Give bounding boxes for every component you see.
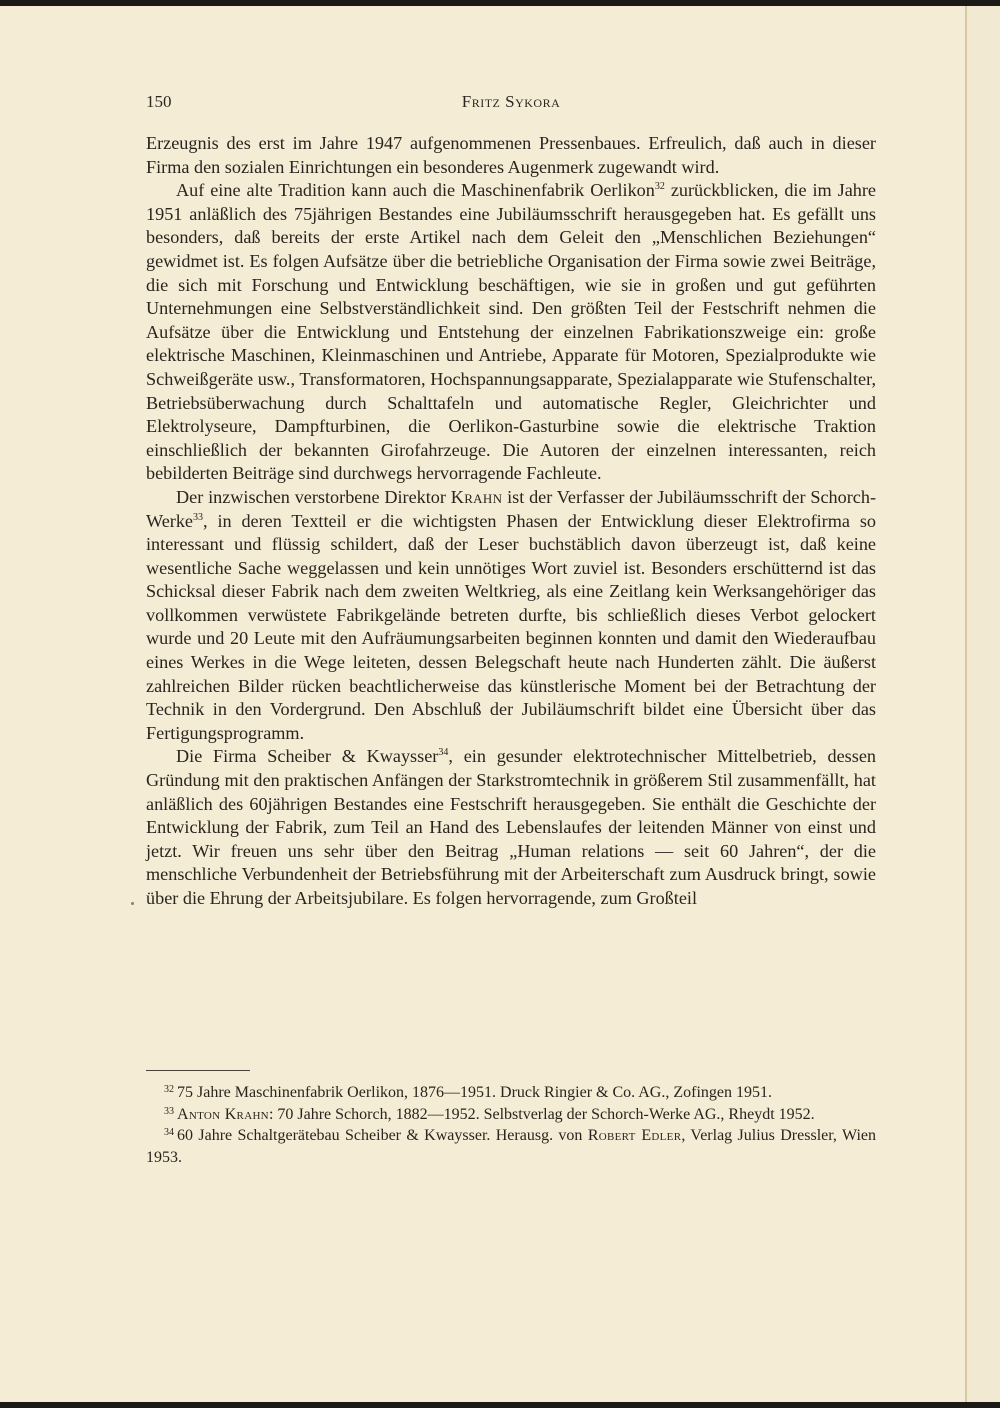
footnote: 3275 Jahre Maschinenfabrik Oerlikon, 187…: [146, 1082, 876, 1104]
footnotes: 3275 Jahre Maschinenfabrik Oerlikon, 187…: [146, 1082, 876, 1168]
next-page-edge: [967, 6, 1000, 1402]
text-run: Auf eine alte Tradition kann auch die Ma…: [176, 180, 655, 200]
footnote: 3460 Jahre Schaltgerätebau Scheiber & Kw…: [146, 1125, 876, 1168]
footnote: 33Anton Krahn: 70 Jahre Schorch, 1882—19…: [146, 1104, 876, 1126]
page-gutter-line: [965, 6, 967, 1402]
footnote-number: 33: [164, 1106, 174, 1117]
paragraph: Erzeugnis des erst im Jahre 1947 aufgeno…: [146, 132, 876, 179]
paragraph: Der inzwischen verstorbene Direktor Krah…: [146, 486, 876, 746]
footnote-reference: 34: [438, 747, 448, 758]
text-run: Die Firma Scheiber & Kwaysser: [176, 746, 438, 766]
author-name: Krahn: [451, 487, 502, 507]
scan-speck: [131, 902, 134, 905]
text-run: : 70 Jahre Schorch, 1882—1952. Selbstver…: [269, 1106, 815, 1123]
book-page: 150 Fritz Sykora Erzeugnis des erst im J…: [0, 6, 1000, 1402]
text-run: 75 Jahre Maschinenfabrik Oerlikon, 1876—…: [177, 1084, 772, 1101]
footnote-number: 34: [164, 1127, 174, 1138]
author-name: Robert Edler: [588, 1127, 682, 1144]
footnote-number: 32: [164, 1084, 174, 1095]
footnote-rule: [146, 1070, 250, 1071]
text-run: 60 Jahre Schaltgerätebau Scheiber & Kway…: [177, 1127, 588, 1144]
body-text: Erzeugnis des erst im Jahre 1947 aufgeno…: [146, 132, 876, 911]
running-head: 150 Fritz Sykora: [146, 92, 876, 114]
header-author: Fritz Sykora: [146, 92, 876, 112]
text-run: , ein gesunder elektrotechnischer Mittel…: [146, 746, 876, 908]
paragraph: Auf eine alte Tradition kann auch die Ma…: [146, 179, 876, 486]
text-run: zurückblicken, die im Jahre 1951 anläßli…: [146, 180, 876, 483]
paragraph: Die Firma Scheiber & Kwaysser34, ein ges…: [146, 745, 876, 910]
author-name: Anton Krahn: [177, 1106, 269, 1123]
footnote-reference: 33: [193, 512, 203, 523]
text-run: , in deren Textteil er die wichtigsten P…: [146, 511, 876, 743]
text-run: Erzeugnis des erst im Jahre 1947 aufgeno…: [146, 133, 876, 177]
footnote-reference: 32: [655, 181, 665, 192]
text-run: Der inzwischen verstorbene Direktor: [176, 487, 451, 507]
